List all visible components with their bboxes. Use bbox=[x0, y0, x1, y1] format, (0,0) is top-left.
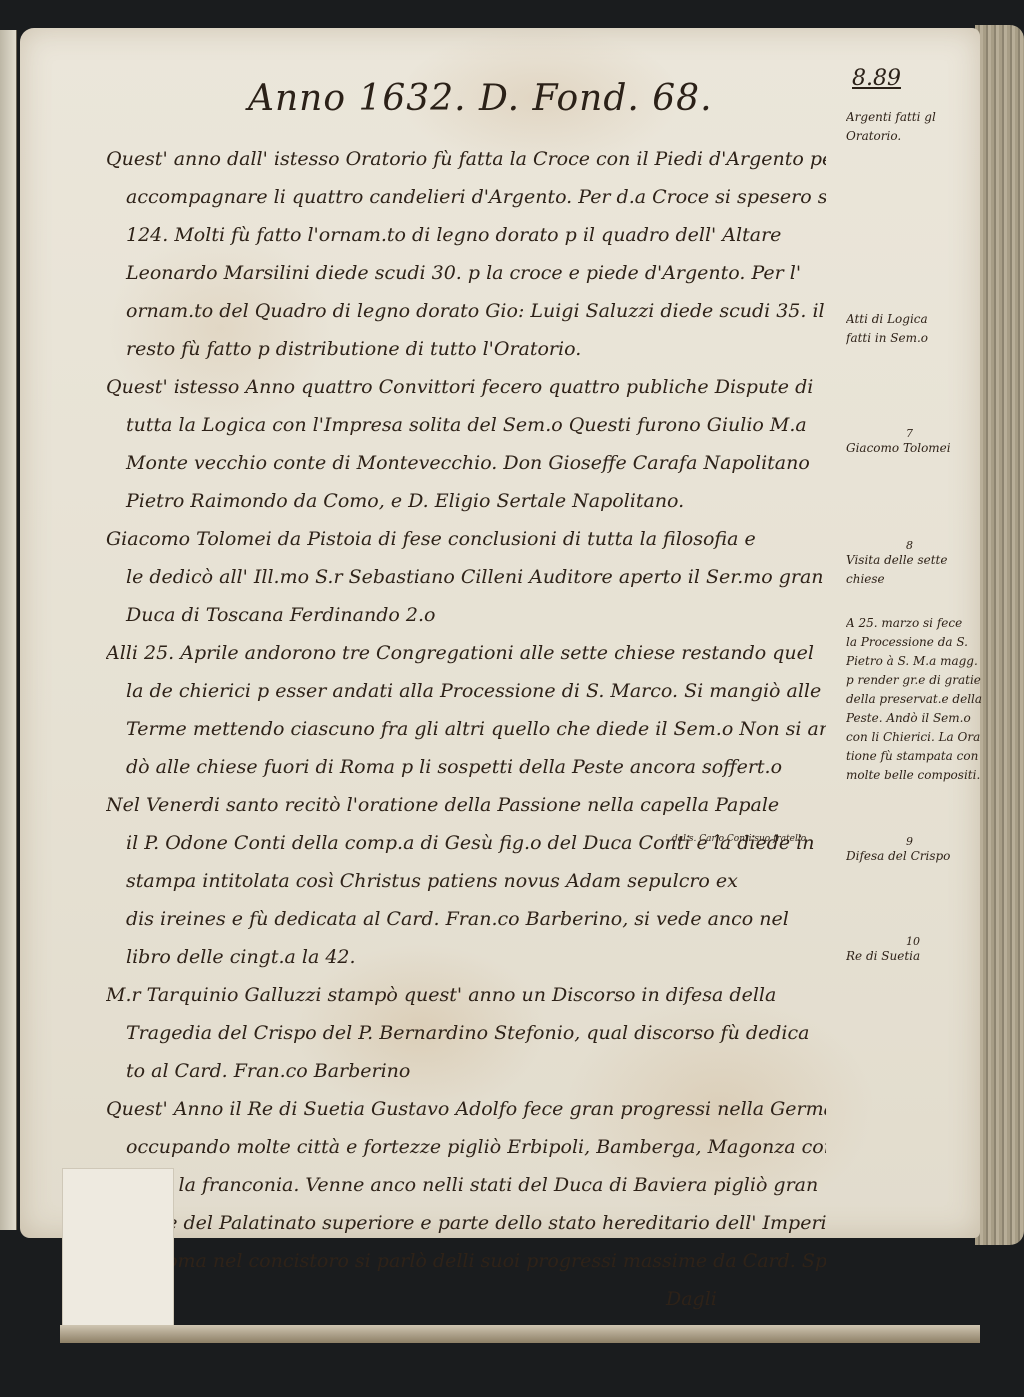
text-line: Giacomo Tolomei da Pistoia di fese concl… bbox=[106, 520, 826, 558]
text-line: Nel Venerdi santo recitò l'oratione dell… bbox=[106, 786, 826, 824]
margin-line: della preservat.e della bbox=[846, 690, 996, 709]
margin-note-visita: 8 Visita delle sette chiese bbox=[846, 540, 996, 589]
margin-line: la Processione da S. bbox=[846, 633, 996, 652]
text-line: Monte vecchio conte di Montevecchio. Don… bbox=[106, 444, 826, 482]
note-number: 7 bbox=[846, 428, 996, 439]
catchword: Dagli bbox=[106, 1280, 826, 1318]
margin-line: A 25. marzo si fece bbox=[846, 614, 996, 633]
margin-note-logica: Atti di Logica fatti in Sem.o bbox=[846, 310, 996, 348]
margin-line: Peste. Andò il Sem.o bbox=[846, 709, 996, 728]
text-line: M.r Tarquinio Galluzzi stampò quest' ann… bbox=[106, 976, 826, 1014]
text-line: to al Card. Fran.co Barberino bbox=[106, 1052, 826, 1090]
manuscript-page: Anno 1632. D. Fond. 68. 8.89 Quest' anno… bbox=[20, 28, 980, 1238]
margin-note-crispo: 9 Difesa del Crispo bbox=[846, 836, 996, 866]
margin-note-tolomei: 7 Giacomo Tolomei bbox=[846, 428, 996, 458]
entry-seven-churches: Alli 25. Aprile andorono tre Congregatio… bbox=[106, 634, 826, 786]
page-title: Anno 1632. D. Fond. 68. bbox=[248, 78, 713, 119]
text-line: Quest' Anno il Re di Suetia Gustavo Adol… bbox=[106, 1090, 826, 1128]
text-line: stampa intitolata così Christus patiens … bbox=[106, 862, 826, 900]
entry-giacomo-tolomei: Giacomo Tolomei da Pistoia di fese concl… bbox=[106, 520, 826, 634]
margin-line: Atti di Logica bbox=[846, 310, 996, 329]
margin-note-processione: A 25. marzo si fece la Processione da S.… bbox=[846, 614, 996, 785]
text-line: 124. Molti fù fatto l'ornam.to di legno … bbox=[106, 216, 826, 254]
text-line: Duca di Toscana Ferdinando 2.o bbox=[106, 596, 826, 634]
text-line: libro delle cingt.a la 42. bbox=[106, 938, 826, 976]
note-number: 8 bbox=[846, 540, 996, 551]
text-line: la de chierici p esser andati alla Proce… bbox=[106, 672, 826, 710]
entry-tarquinio-galluzzi: M.r Tarquinio Galluzzi stampò quest' ann… bbox=[106, 976, 826, 1090]
margin-note-suetia: 10 Re di Suetia bbox=[846, 936, 996, 966]
text-line: Pietro Raimondo da Como, e D. Eligio Ser… bbox=[106, 482, 826, 520]
text-line: le dedicò all' Ill.mo S.r Sebastiano Cil… bbox=[106, 558, 826, 596]
text-line: Leonardo Marsilini diede scudi 30. p la … bbox=[106, 254, 826, 292]
text-line: dis ireines e fù dedicata al Card. Fran.… bbox=[106, 900, 826, 938]
text-line: Quest' istesso Anno quattro Convittori f… bbox=[106, 368, 826, 406]
text-line: ornam.to del Quadro di legno dorato Gio:… bbox=[106, 292, 826, 330]
text-line: Tragedia del Crispo del P. Bernardino St… bbox=[106, 1014, 826, 1052]
margin-line: con li Chierici. La Ora bbox=[846, 728, 996, 747]
text-line: accompagnare li quattro candelieri d'Arg… bbox=[106, 178, 826, 216]
text-line: tutta la franconia. Venne anco nelli sta… bbox=[106, 1166, 826, 1204]
entry-king-of-sweden: Quest' Anno il Re di Suetia Gustavo Adol… bbox=[106, 1090, 826, 1318]
margin-line: Visita delle sette bbox=[846, 551, 996, 570]
margin-line: Re di Suetia bbox=[846, 947, 996, 966]
previous-page-edge bbox=[0, 30, 17, 1230]
margin-line: Pietro à S. M.a magg. bbox=[846, 652, 996, 671]
margin-line: molte belle compositi. bbox=[846, 766, 996, 785]
margin-line: Oratorio. bbox=[846, 127, 996, 146]
margin-note-argenti: Argenti fatti gl Oratorio. bbox=[846, 108, 996, 146]
entry-good-friday-oration: Nel Venerdi santo recitò l'oratione dell… bbox=[106, 786, 826, 976]
text-line: parte del Palatinato superiore e parte d… bbox=[106, 1204, 826, 1242]
margin-line: Argenti fatti gl bbox=[846, 108, 996, 127]
note-number: 10 bbox=[846, 936, 996, 947]
note-number: 9 bbox=[846, 836, 996, 847]
margin-line: tione fù stampata con bbox=[846, 747, 996, 766]
binding-guard-strip bbox=[62, 1168, 174, 1335]
text-line: dò alle chiese fuori di Roma p li sospet… bbox=[106, 748, 826, 786]
margin-line: chiese bbox=[846, 570, 996, 589]
text-line: In Roma nel concistoro si parlò delli su… bbox=[106, 1242, 826, 1280]
text-line: occupando molte città e fortezze pigliò … bbox=[106, 1128, 826, 1166]
entry-oratorio-cross: Quest' anno dall' istesso Oratorio fù fa… bbox=[106, 140, 826, 368]
margin-line: fatti in Sem.o bbox=[846, 329, 996, 348]
margin-line: p render gr.e di gratie bbox=[846, 671, 996, 690]
text-line: Alli 25. Aprile andorono tre Congregatio… bbox=[106, 634, 826, 672]
text-line: Terme mettendo ciascuno fra gli altri qu… bbox=[106, 710, 826, 748]
text-line: resto fù fatto p distributione di tutto … bbox=[106, 330, 826, 368]
margin-line: Difesa del Crispo bbox=[846, 847, 996, 866]
entry-logic-disputes: Quest' istesso Anno quattro Convittori f… bbox=[106, 368, 826, 520]
folio-number: 8.89 bbox=[852, 66, 901, 91]
margin-line: Giacomo Tolomei bbox=[846, 439, 996, 458]
text-line: Quest' anno dall' istesso Oratorio fù fa… bbox=[106, 140, 826, 178]
interlinear-note: dal s. Carlo Conti suo fratello bbox=[672, 834, 806, 844]
text-line: tutta la Logica con l'Impresa solita del… bbox=[106, 406, 826, 444]
page-bottom-edge bbox=[60, 1325, 980, 1343]
main-text-block: Quest' anno dall' istesso Oratorio fù fa… bbox=[106, 140, 826, 1318]
